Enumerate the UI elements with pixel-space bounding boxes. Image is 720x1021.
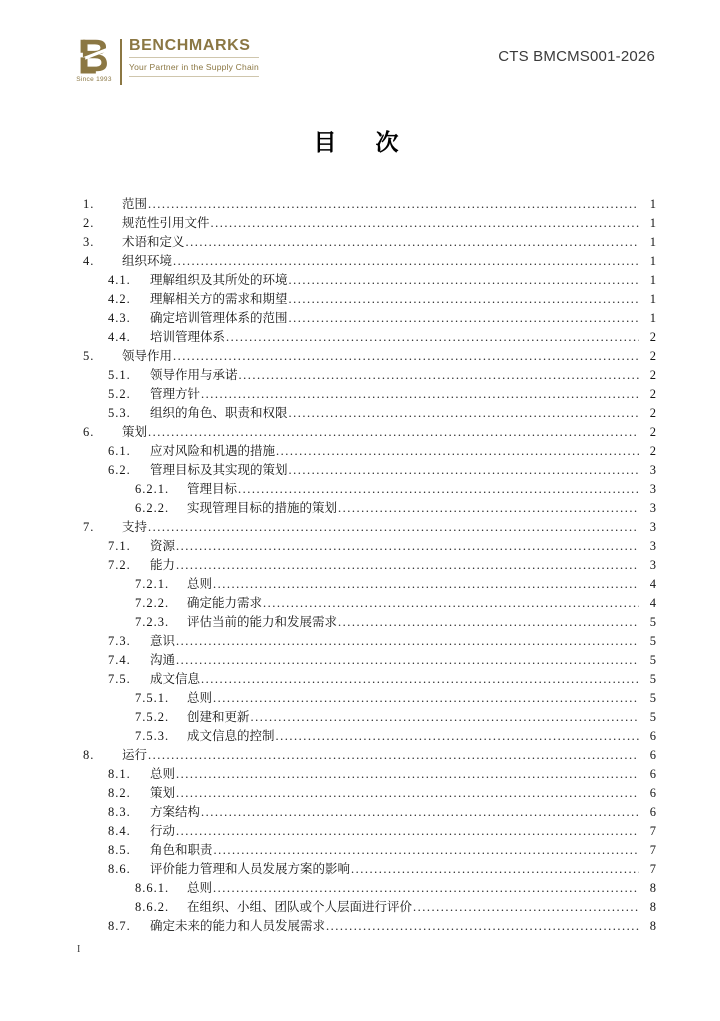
toc-entry-label: 应对风险和机遇的措施	[150, 442, 276, 461]
toc-entry: 7.3.意识5	[75, 632, 656, 651]
toc-dot-leader	[276, 442, 639, 461]
toc-entry-page: 5	[642, 670, 656, 689]
toc-dot-leader	[263, 594, 639, 613]
toc-entry-number: 6.	[83, 423, 122, 442]
logo-wordmark: BENCHMARKS	[129, 37, 259, 54]
toc-dot-leader	[201, 803, 639, 822]
toc-entry-page: 5	[642, 632, 656, 651]
toc-dot-leader	[201, 670, 639, 689]
toc-entry: 5.2.管理方针2	[75, 385, 656, 404]
toc-entry: 7.2.1.总则4	[75, 575, 656, 594]
toc-entry-number: 8.6.	[108, 860, 150, 879]
toc-entry-page: 5	[642, 651, 656, 670]
toc-entry-label: 成文信息的控制	[187, 727, 276, 746]
toc-title: 目 次	[0, 124, 720, 157]
toc-dot-leader	[173, 252, 639, 271]
toc-entry-page: 7	[642, 860, 656, 879]
toc-entry-label: 确定未来的能力和人员发展需求	[150, 917, 326, 936]
toc-entry-label: 资源	[150, 537, 176, 556]
toc-entry-page: 3	[642, 537, 656, 556]
toc-entry-label: 评估当前的能力和发展需求	[187, 613, 338, 632]
toc-entry-page: 1	[642, 290, 656, 309]
toc-entry-number: 6.2.1.	[135, 480, 187, 499]
toc-dot-leader	[148, 746, 639, 765]
toc-entry-label: 方案结构	[150, 803, 201, 822]
logo-tagline: Your Partner in the Supply Chain	[129, 62, 259, 73]
toc-dot-leader	[201, 385, 639, 404]
document-page: Since 1993 BENCHMARKS Your Partner in th…	[0, 0, 720, 1021]
toc-entry: 8.5.角色和职责7	[75, 841, 656, 860]
toc-entry-page: 6	[642, 765, 656, 784]
toc-entry: 7.5.成文信息5	[75, 670, 656, 689]
toc-entry-label: 总则	[187, 689, 213, 708]
toc-entry-number: 5.3.	[108, 404, 150, 423]
toc-dot-leader	[148, 195, 639, 214]
toc-entry-label: 策划	[150, 784, 176, 803]
toc-entry-label: 成文信息	[150, 670, 201, 689]
toc-entry-number: 5.1.	[108, 366, 150, 385]
toc-entry-number: 4.1.	[108, 271, 150, 290]
toc-entry-label: 策划	[122, 423, 148, 442]
toc-dot-leader	[289, 290, 639, 309]
benchmarks-b-monogram-icon	[75, 37, 113, 74]
toc-entry-number: 8.6.1.	[135, 879, 187, 898]
toc-dot-leader	[289, 404, 639, 423]
toc-entry-number: 5.2.	[108, 385, 150, 404]
toc-dot-leader	[251, 708, 639, 727]
toc-entry-label: 在组织、小组、团队或个人层面进行评价	[187, 898, 413, 917]
toc-dot-leader	[338, 613, 639, 632]
toc-entry-page: 7	[642, 822, 656, 841]
toc-entry: 6.2.2.实现管理目标的措施的策划3	[75, 499, 656, 518]
toc-entry-number: 4.2.	[108, 290, 150, 309]
toc-entry-page: 1	[642, 271, 656, 290]
toc-entry-label: 领导作用与承诺	[150, 366, 239, 385]
toc-dot-leader	[351, 860, 639, 879]
logo-rule-bottom	[129, 76, 259, 77]
toc-dot-leader	[289, 309, 639, 328]
logo-divider	[120, 39, 122, 85]
toc-entry-number: 8.7.	[108, 917, 150, 936]
toc-entry-page: 8	[642, 879, 656, 898]
toc-entry-label: 实现管理目标的措施的策划	[187, 499, 338, 518]
toc-entry: 7.支持3	[75, 518, 656, 537]
toc-entry-label: 领导作用	[122, 347, 173, 366]
toc-entry-label: 总则	[187, 879, 213, 898]
toc-entry-number: 2.	[83, 214, 122, 233]
logo-mark-block: Since 1993	[75, 37, 113, 85]
toc-entry-number: 7.1.	[108, 537, 150, 556]
toc-entry-number: 3.	[83, 233, 122, 252]
toc-entry: 7.5.3.成文信息的控制6	[75, 727, 656, 746]
toc-entry: 4.1.理解组织及其所处的环境1	[75, 271, 656, 290]
toc-entry-page: 3	[642, 556, 656, 575]
logo-since-text: Since 1993	[76, 76, 112, 83]
toc-entry-number: 7.3.	[108, 632, 150, 651]
toc-entry-number: 7.5.1.	[135, 689, 187, 708]
toc-dot-leader	[176, 765, 639, 784]
toc-entry-label: 确定培训管理体系的范围	[150, 309, 289, 328]
toc-entry: 4.2.理解相关方的需求和期望1	[75, 290, 656, 309]
toc-entry-label: 支持	[122, 518, 148, 537]
toc-entry-page: 6	[642, 727, 656, 746]
toc-entry-label: 总则	[150, 765, 176, 784]
toc-entry: 8.4.行动7	[75, 822, 656, 841]
toc-entry-page: 5	[642, 613, 656, 632]
toc-entry-label: 评价能力管理和人员发展方案的影响	[150, 860, 351, 879]
toc-entry: 8.7.确定未来的能力和人员发展需求8	[75, 917, 656, 936]
toc-entry: 7.2.能力3	[75, 556, 656, 575]
toc-entry-page: 8	[642, 898, 656, 917]
toc-dot-leader	[176, 651, 639, 670]
benchmarks-logo: Since 1993 BENCHMARKS Your Partner in th…	[75, 37, 259, 85]
toc-entry-number: 4.	[83, 252, 122, 271]
toc-entry-number: 6.1.	[108, 442, 150, 461]
toc-entry-number: 7.5.3.	[135, 727, 187, 746]
toc-entry-label: 培训管理体系	[150, 328, 226, 347]
toc-entry: 2.规范性引用文件1	[75, 214, 656, 233]
toc-entry-page: 2	[642, 385, 656, 404]
toc-entry-page: 2	[642, 347, 656, 366]
toc-entry-label: 确定能力需求	[187, 594, 263, 613]
toc-entry: 5.3.组织的角色、职责和权限2	[75, 404, 656, 423]
toc-entry: 1.范围1	[75, 195, 656, 214]
toc-dot-leader	[413, 898, 639, 917]
toc-entry: 6.1.应对风险和机遇的措施2	[75, 442, 656, 461]
logo-rule-top	[129, 57, 259, 58]
toc-entry-number: 8.	[83, 746, 122, 765]
toc-dot-leader	[276, 727, 639, 746]
toc-entry: 8.1.总则6	[75, 765, 656, 784]
toc-entry-page: 6	[642, 803, 656, 822]
toc-dot-leader	[176, 537, 639, 556]
toc-dot-leader	[326, 917, 639, 936]
toc-entry-page: 1	[642, 233, 656, 252]
toc-entry-number: 7.5.	[108, 670, 150, 689]
toc-entry: 7.5.1.总则5	[75, 689, 656, 708]
toc-entry: 7.1.资源3	[75, 537, 656, 556]
toc-dot-leader	[238, 480, 639, 499]
toc-entry-label: 管理目标	[187, 480, 238, 499]
toc-dot-leader	[176, 822, 639, 841]
toc-entry-number: 7.2.2.	[135, 594, 187, 613]
toc-dot-leader	[186, 233, 639, 252]
toc-entry-label: 运行	[122, 746, 148, 765]
toc-entry-page: 4	[642, 575, 656, 594]
toc-entry-label: 组织的角色、职责和权限	[150, 404, 289, 423]
toc-dot-leader	[213, 879, 639, 898]
toc-dot-leader	[213, 689, 639, 708]
toc-entry-page: 1	[642, 309, 656, 328]
toc-entry-page: 3	[642, 480, 656, 499]
toc-entry-number: 8.4.	[108, 822, 150, 841]
toc-entry-page: 5	[642, 708, 656, 727]
toc-dot-leader	[213, 575, 639, 594]
toc-entry-number: 8.5.	[108, 841, 150, 860]
toc-entry-page: 2	[642, 442, 656, 461]
toc-entry-label: 理解相关方的需求和期望	[150, 290, 289, 309]
document-number: CTS BMCMS001-2026	[498, 48, 655, 65]
toc-entry-number: 4.4.	[108, 328, 150, 347]
toc-dot-leader	[148, 423, 639, 442]
toc-entry-page: 5	[642, 689, 656, 708]
toc-entry-page: 2	[642, 404, 656, 423]
toc-entry-label: 角色和职责	[150, 841, 214, 860]
toc-dot-leader	[214, 841, 639, 860]
toc-entry-number: 7.5.2.	[135, 708, 187, 727]
toc-entry-label: 管理目标及其实现的策划	[150, 461, 289, 480]
toc-entry-page: 2	[642, 328, 656, 347]
toc-entry-label: 能力	[150, 556, 176, 575]
toc-entry-number: 8.3.	[108, 803, 150, 822]
toc-dot-leader	[289, 271, 639, 290]
toc-entry: 7.5.2.创建和更新5	[75, 708, 656, 727]
toc-entry-page: 3	[642, 518, 656, 537]
toc-entry: 6.2.管理目标及其实现的策划3	[75, 461, 656, 480]
toc-dot-leader	[176, 632, 639, 651]
toc-entry-number: 8.2.	[108, 784, 150, 803]
toc-entry-page: 1	[642, 252, 656, 271]
toc-entry-label: 理解组织及其所处的环境	[150, 271, 289, 290]
toc-entry-page: 6	[642, 746, 656, 765]
toc-entry: 4.3.确定培训管理体系的范围1	[75, 309, 656, 328]
toc-entry: 5.领导作用2	[75, 347, 656, 366]
toc-entry: 8.6.评价能力管理和人员发展方案的影响7	[75, 860, 656, 879]
toc-dot-leader	[176, 784, 639, 803]
toc-entry-label: 总则	[187, 575, 213, 594]
toc-dot-leader	[148, 518, 639, 537]
toc-entry-number: 6.2.	[108, 461, 150, 480]
toc-entry-number: 6.2.2.	[135, 499, 187, 518]
toc-dot-leader	[289, 461, 639, 480]
toc-entry-number: 7.2.3.	[135, 613, 187, 632]
toc-entry-label: 范围	[122, 195, 148, 214]
toc-entry-page: 3	[642, 461, 656, 480]
toc-entry-number: 7.2.	[108, 556, 150, 575]
toc-entry: 8.2.策划6	[75, 784, 656, 803]
toc-list: 1.范围12.规范性引用文件13.术语和定义14.组织环境14.1.理解组织及其…	[75, 195, 656, 936]
toc-dot-leader	[226, 328, 639, 347]
toc-entry-page: 6	[642, 784, 656, 803]
toc-entry-number: 8.6.2.	[135, 898, 187, 917]
toc-entry-number: 7.4.	[108, 651, 150, 670]
toc-entry: 4.4.培训管理体系2	[75, 328, 656, 347]
toc-entry: 6.2.1.管理目标3	[75, 480, 656, 499]
toc-entry: 4.组织环境1	[75, 252, 656, 271]
toc-entry-label: 术语和定义	[122, 233, 186, 252]
toc-entry: 7.2.3.评估当前的能力和发展需求5	[75, 613, 656, 632]
toc-entry: 5.1.领导作用与承诺2	[75, 366, 656, 385]
toc-entry: 8.6.1.总则8	[75, 879, 656, 898]
toc-entry-label: 组织环境	[122, 252, 173, 271]
toc-entry-number: 7.2.1.	[135, 575, 187, 594]
toc-entry-page: 8	[642, 917, 656, 936]
toc-entry-page: 4	[642, 594, 656, 613]
toc-entry-page: 7	[642, 841, 656, 860]
toc-entry-label: 创建和更新	[187, 708, 251, 727]
toc-entry: 3.术语和定义1	[75, 233, 656, 252]
toc-entry-page: 1	[642, 195, 656, 214]
toc-entry-page: 1	[642, 214, 656, 233]
toc-entry: 8.3.方案结构6	[75, 803, 656, 822]
toc-entry-label: 管理方针	[150, 385, 201, 404]
toc-entry-page: 3	[642, 499, 656, 518]
toc-entry: 8.运行6	[75, 746, 656, 765]
toc-entry-page: 2	[642, 366, 656, 385]
page-number: I	[77, 944, 80, 955]
toc-entry-label: 规范性引用文件	[122, 214, 211, 233]
toc-entry-label: 意识	[150, 632, 176, 651]
toc-entry: 7.2.2.确定能力需求4	[75, 594, 656, 613]
toc-entry: 6.策划2	[75, 423, 656, 442]
toc-dot-leader	[173, 347, 639, 366]
toc-entry-label: 行动	[150, 822, 176, 841]
toc-dot-leader	[176, 556, 639, 575]
toc-entry-number: 8.1.	[108, 765, 150, 784]
toc-entry: 7.4.沟通5	[75, 651, 656, 670]
toc-entry-number: 1.	[83, 195, 122, 214]
toc-dot-leader	[211, 214, 639, 233]
toc-entry-number: 5.	[83, 347, 122, 366]
toc-entry-label: 沟通	[150, 651, 176, 670]
toc-entry-page: 2	[642, 423, 656, 442]
toc-dot-leader	[338, 499, 639, 518]
toc-entry: 8.6.2.在组织、小组、团队或个人层面进行评价8	[75, 898, 656, 917]
toc-entry-number: 7.	[83, 518, 122, 537]
toc-dot-leader	[239, 366, 639, 385]
logo-text-block: BENCHMARKS Your Partner in the Supply Ch…	[129, 37, 259, 85]
toc-entry-number: 4.3.	[108, 309, 150, 328]
